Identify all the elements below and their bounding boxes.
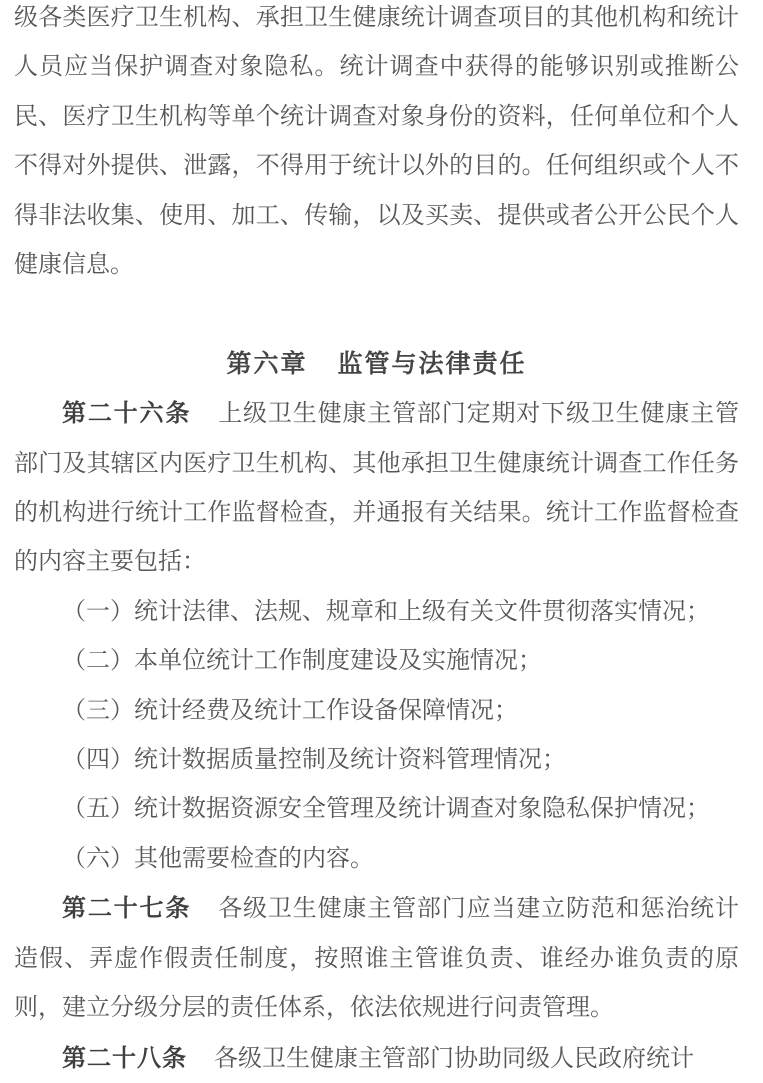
chapter-number: 第六章 xyxy=(226,350,307,378)
chapter-heading: 第六章监管与法律责任 xyxy=(14,340,739,389)
inspection-item-5: （五）统计数据资源安全管理及统计调查对象隐私保护情况； xyxy=(14,785,739,834)
article-28-body: 各级卫生健康主管部门协助同级人民政府统计 xyxy=(214,1046,694,1072)
inspection-item-1: （一）统计法律、法规、规章和上级有关文件贯彻落实情况； xyxy=(14,588,739,637)
document-page: 级各类医疗卫生机构、承担卫生健康统计调查项目的其他机构和统计人员应当保护调查对象… xyxy=(0,0,763,1083)
continuation-paragraph: 级各类医疗卫生机构、承担卫生健康统计调查项目的其他机构和统计人员应当保护调查对象… xyxy=(14,0,739,290)
article-26-paragraph: 第二十六条上级卫生健康主管部门定期对下级卫生健康主管部门及其辖区内医疗卫生机构、… xyxy=(14,389,739,588)
inspection-item-2: （二）本单位统计工作制度建设及实施情况； xyxy=(14,637,739,686)
article-28-paragraph: 第二十八条各级卫生健康主管部门协助同级人民政府统计 xyxy=(14,1034,739,1083)
article-27-paragraph: 第二十七条各级卫生健康主管部门应当建立防范和惩治统计造假、弄虚作假责任制度，按照… xyxy=(14,884,739,1033)
chapter-title: 监管与法律责任 xyxy=(338,350,527,378)
article-26-body: 上级卫生健康主管部门定期对下级卫生健康主管部门及其辖区内医疗卫生机构、其他承担卫… xyxy=(14,401,739,575)
inspection-item-6: （六）其他需要检查的内容。 xyxy=(14,835,739,884)
inspection-item-3: （三）统计经费及统计工作设备保障情况； xyxy=(14,687,739,736)
inspection-item-4: （四）统计数据质量控制及统计资料管理情况； xyxy=(14,736,739,785)
article-28-number: 第二十八条 xyxy=(62,1045,187,1072)
article-26-number: 第二十六条 xyxy=(62,400,191,427)
article-27-number: 第二十七条 xyxy=(62,895,191,922)
blank-line xyxy=(14,290,739,339)
